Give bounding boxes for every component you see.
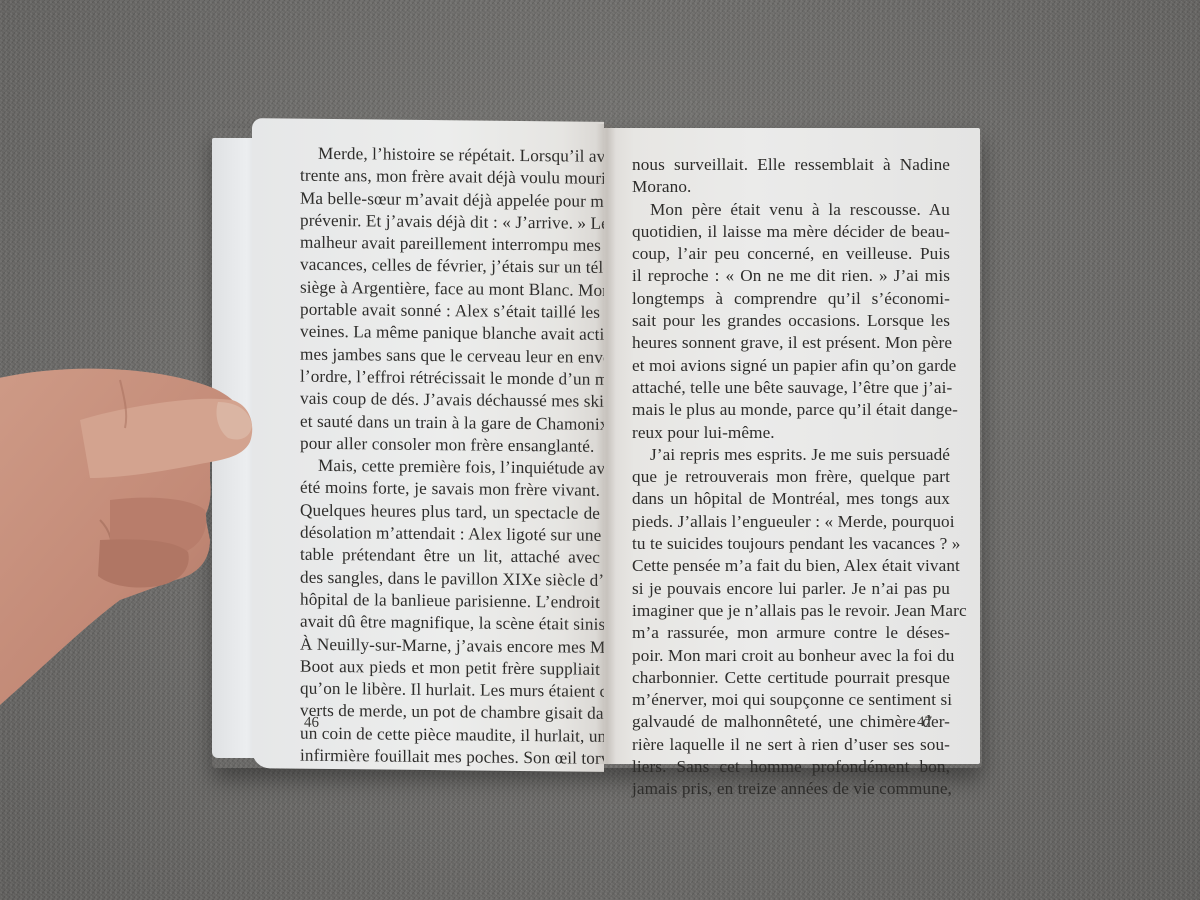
text-line: jamais pris, en treize années de vie com… <box>632 778 950 800</box>
text-line: verts de merde, un pot de chambre gisait… <box>300 700 600 725</box>
text-line: galvaudé de malhonnêteté, une chimère de… <box>632 711 950 733</box>
text-line: attaché, telle une bête sauvage, l’être … <box>632 377 950 399</box>
text-line: siège à Argentière, face au mont Blanc. … <box>300 276 600 301</box>
text-line: poir. Mon mari croit au bonheur avec la … <box>632 645 950 667</box>
text-line: table prétendant être un lit, attaché av… <box>300 544 600 569</box>
text-line: pieds. J’allais l’engueuler : « Merde, p… <box>632 511 950 533</box>
text-line: dans un hôpital de Montréal, mes tongs a… <box>632 488 950 510</box>
text-line: infirmière fouillait mes poches. Son œil… <box>300 745 600 770</box>
text-line: Mais, cette première fois, l’inquiétude … <box>300 455 600 480</box>
text-line: portable avait sonné : Alex s’était tail… <box>300 299 600 324</box>
right-page: nous surveillait. Elle ressemblait à Nad… <box>604 128 980 764</box>
text-line: reux pour lui-même. <box>632 422 950 444</box>
text-line: À Neuilly-sur-Marne, j’avais encore mes … <box>300 633 600 658</box>
text-line: Merde, l’histoire se répétait. Lorsqu’il… <box>300 143 600 168</box>
text-line: imaginer que je n’allais pas le revoir. … <box>632 600 950 622</box>
text-line: avait dû être magnifique, la scène était… <box>300 611 600 636</box>
text-line: et sauté dans un train à la gare de Cham… <box>300 410 600 435</box>
text-line: nous surveillait. Elle ressemblait à Nad… <box>632 154 950 176</box>
text-line: désolation m’attendait : Alex ligoté sur… <box>300 522 600 547</box>
right-page-text: nous surveillait. Elle ressemblait à Nad… <box>632 154 950 801</box>
text-line: pour aller consoler mon frère ensanglant… <box>300 433 600 458</box>
text-line: mais le plus au monde, parce qu’il était… <box>632 399 950 421</box>
text-line: l’ordre, l’effroi rétrécissait le monde … <box>300 366 600 391</box>
text-line: rière laquelle il ne sert à rien d’user … <box>632 734 950 756</box>
text-line: liers. Sans cet homme profondément bon, <box>632 756 950 778</box>
text-line: longtemps à comprendre qu’il s’économi- <box>632 288 950 310</box>
page-number-left: 46 <box>304 715 319 732</box>
text-line: tu te suicides toujours pendant les vaca… <box>632 533 950 555</box>
text-line: hôpital de la banlieue parisienne. L’end… <box>300 589 600 614</box>
text-line: Mon père était venu à la rescousse. Au <box>632 199 950 221</box>
page-number-right: 47 <box>917 714 932 731</box>
text-line: si je pouvais encore lui parler. Je n’ai… <box>632 578 950 600</box>
text-line: m’énerver, moi qui soupçonne ce sentimen… <box>632 689 950 711</box>
text-line: charbonnier. Cette certitude pourrait pr… <box>632 667 950 689</box>
text-line: Cette pensée m’a fait du bien, Alex étai… <box>632 555 950 577</box>
text-line: heures sonnent grave, il est présent. Mo… <box>632 332 950 354</box>
text-line: vais coup de dés. J’avais déchaussé mes … <box>300 388 600 413</box>
text-line: vacances, celles de février, j’étais sur… <box>300 254 600 279</box>
text-line: Boot aux pieds et mon petit frère suppli… <box>300 655 600 680</box>
text-line: Quelques heures plus tard, un spectacle … <box>300 499 600 524</box>
text-line: quotidien, il laisse ma mère décider de … <box>632 221 950 243</box>
text-line: m’a rassurée, mon armure contre le déses… <box>632 622 950 644</box>
text-line: malheur avait pareillement interrompu me… <box>300 232 600 257</box>
text-line: trente ans, mon frère avait déjà voulu m… <box>300 165 600 190</box>
left-page: Merde, l’histoire se répétait. Lorsqu’il… <box>252 118 604 772</box>
text-line: J’ai repris mes esprits. Je me suis pers… <box>632 444 950 466</box>
text-line: Morano. <box>632 176 950 198</box>
text-line: et moi avions signé un papier afin qu’on… <box>632 355 950 377</box>
left-page-text: Merde, l’histoire se répétait. Lorsqu’il… <box>300 143 600 770</box>
text-line: été moins forte, je savais mon frère viv… <box>300 477 600 502</box>
text-line: Ma belle-sœur m’avait déjà appelée pour … <box>300 187 600 212</box>
text-line: prévenir. Et j’avais déjà dit : « J’arri… <box>300 210 600 235</box>
text-line: sait pour les grandes occasions. Lorsque… <box>632 310 950 332</box>
text-line: qu’on le libère. Il hurlait. Les murs ét… <box>300 678 600 703</box>
text-line: il reproche : « On ne me dit rien. » J’a… <box>632 265 950 287</box>
text-line: un coin de cette pièce maudite, il hurla… <box>300 722 600 747</box>
text-line: mes jambes sans que le cerveau leur en e… <box>300 343 600 368</box>
text-line: veines. La même panique blanche avait ac… <box>300 321 600 346</box>
text-line: que je retrouverais mon frère, quelque p… <box>632 466 950 488</box>
text-line: coup, l’air peu concerné, en veilleuse. … <box>632 243 950 265</box>
text-line: des sangles, dans le pavillon XIXe siècl… <box>300 566 600 591</box>
